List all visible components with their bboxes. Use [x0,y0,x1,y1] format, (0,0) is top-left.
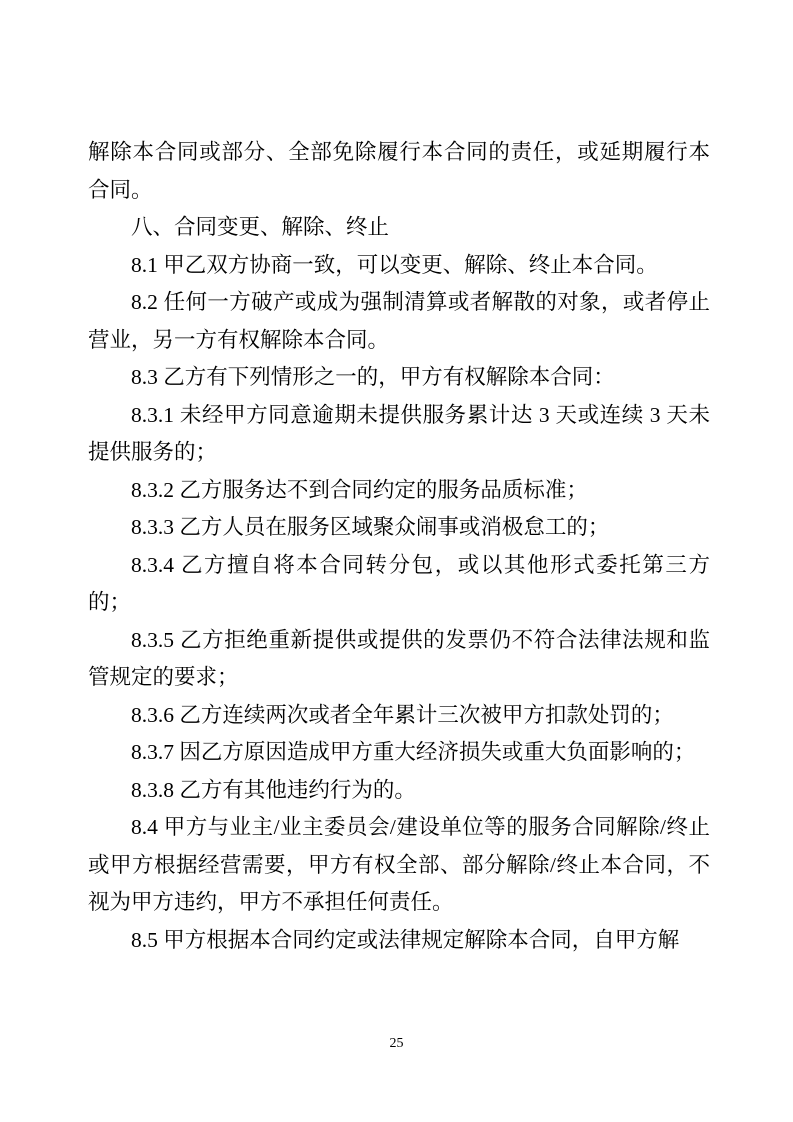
contract-clause-8-3-2: 8.3.2 乙方服务达不到合同约定的服务品质标准； [88,472,710,510]
contract-clause-8-1: 8.1 甲乙双方协商一致，可以变更、解除、终止本合同。 [88,247,710,285]
document-page: 解除本合同或部分、全部免除履行本合同的责任，或延期履行本合同。 八、合同变更、解… [0,0,793,1122]
contract-clause-8-3: 8.3 乙方有下列情形之一的，甲方有权解除本合同： [88,359,710,397]
contract-clause-8-5: 8.5 甲方根据本合同约定或法律规定解除本合同，自甲方解 [88,922,710,960]
contract-clause-8-3-1: 8.3.1 未经甲方同意逾期未提供服务累计达 3 天或连续 3 天未提供服务的； [88,397,710,472]
page-number: 25 [0,1035,793,1053]
contract-clause-8-2: 8.2 任何一方破产或成为强制清算或者解散的对象，或者停止营业，另一方有权解除本… [88,284,710,359]
contract-clause-8-4: 8.4 甲方与业主/业主委员会/建设单位等的服务合同解除/终止或甲方根据经营需要… [88,809,710,922]
contract-paragraph-continuation: 解除本合同或部分、全部免除履行本合同的责任，或延期履行本合同。 [88,134,710,209]
section-heading: 八、合同变更、解除、终止 [88,209,710,247]
contract-clause-8-3-5: 8.3.5 乙方拒绝重新提供或提供的发票仍不符合法律法规和监管规定的要求； [88,622,710,697]
contract-text-block: 解除本合同或部分、全部免除履行本合同的责任，或延期履行本合同。 八、合同变更、解… [88,134,710,959]
contract-clause-8-3-6: 8.3.6 乙方连续两次或者全年累计三次被甲方扣款处罚的； [88,697,710,735]
contract-clause-8-3-8: 8.3.8 乙方有其他违约行为的。 [88,772,710,810]
contract-clause-8-3-3: 8.3.3 乙方人员在服务区域聚众闹事或消极怠工的； [88,509,710,547]
contract-clause-8-3-4: 8.3.4 乙方擅自将本合同转分包，或以其他形式委托第三方的； [88,547,710,622]
contract-clause-8-3-7: 8.3.7 因乙方原因造成甲方重大经济损失或重大负面影响的； [88,734,710,772]
